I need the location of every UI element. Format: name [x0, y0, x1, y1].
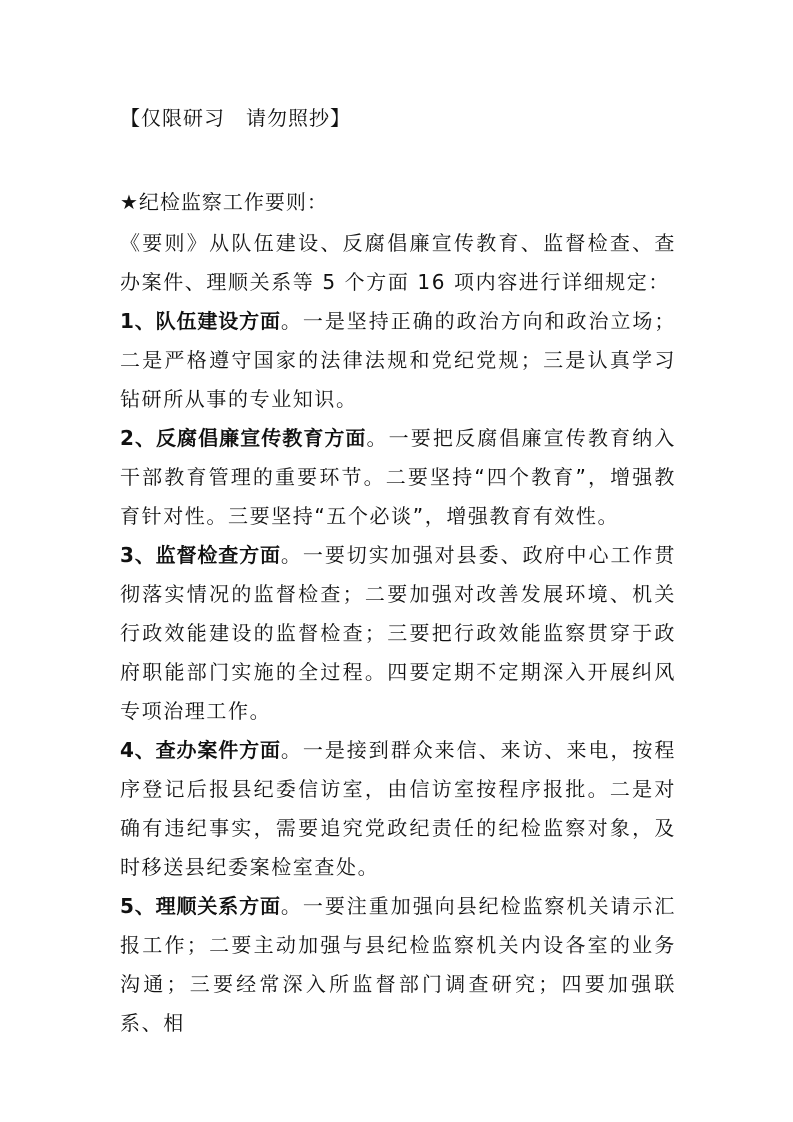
section-title: ★纪检监察工作要则：	[120, 188, 328, 216]
item-heading: 5、理顺关系方面	[120, 894, 281, 918]
study-only-notice: 【仅限研习 请勿照抄】	[120, 104, 351, 132]
item-paragraph-5: 5、理顺关系方面。一要注重加强向县纪检监察机关请示汇报工作；二要主动加强与县纪检…	[120, 887, 676, 1043]
item-paragraph-3: 3、监督检查方面。一要切实加强对县委、政府中心工作贯彻落实情况的监督检查；二要加…	[120, 536, 676, 731]
item-text: 。一要切实加强对县委、政府中心工作贯彻落实情况的监督检查；二要加强对改善发展环境…	[120, 543, 676, 723]
item-paragraph-2: 2、反腐倡廉宣传教育方面。一要把反腐倡廉宣传教育纳入干部教育管理的重要环节。二要…	[120, 419, 676, 536]
item-heading: 1、队伍建设方面	[120, 309, 281, 333]
item-paragraph-1: 1、队伍建设方面。一是坚持正确的政治方向和政治立场；二是严格遵守国家的法律法规和…	[120, 302, 676, 419]
item-heading: 4、查办案件方面	[120, 738, 281, 762]
document-body: 《要则》从队伍建设、反腐倡廉宣传教育、监督检查、查办案件、理顺关系等 5 个方面…	[120, 224, 676, 1043]
item-heading: 2、反腐倡廉宣传教育方面	[120, 426, 366, 450]
item-heading: 3、监督检查方面	[120, 543, 281, 567]
item-paragraph-4: 4、查办案件方面。一是接到群众来信、来访、来电，按程序登记后报县纪委信访室，由信…	[120, 731, 676, 887]
intro-paragraph: 《要则》从队伍建设、反腐倡廉宣传教育、监督检查、查办案件、理顺关系等 5 个方面…	[120, 224, 676, 302]
